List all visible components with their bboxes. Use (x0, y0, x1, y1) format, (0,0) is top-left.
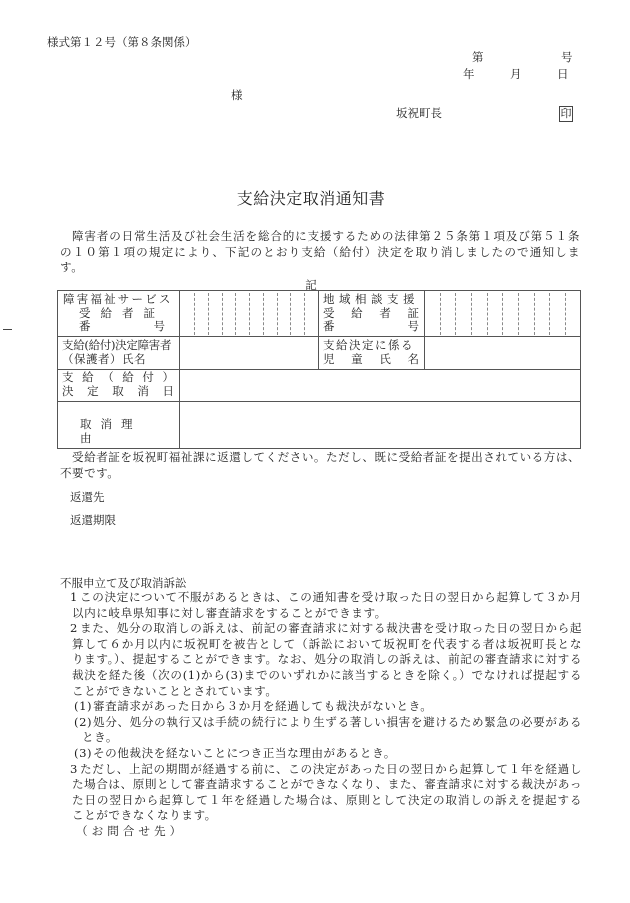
label-text: 号 (154, 320, 166, 334)
appeal-item: 3 ただし、上記の期間が経過する前に、この決定があった日の翌日から起算して１年を… (60, 762, 582, 824)
label-text: 番 (79, 320, 91, 334)
doc-number-suffix: 号 (561, 52, 573, 64)
label-line: 受給者証 (63, 307, 175, 321)
label-line: 支給（給付） (62, 371, 174, 385)
child-name-value[interactable] (426, 338, 578, 368)
issuer-name: 坂祝町長 (396, 108, 442, 120)
community-support-recipient-number-label: 地域相談支援 受給者証 番号 (323, 293, 419, 334)
item-text: 審査請求があった日から３か月を経過しても裁決がないとき。 (93, 699, 432, 713)
item-text: 処分、処分の執行又は手続の続行により生ずる著しい損害を避けるため緊急の必要がある… (82, 715, 582, 745)
service-recipient-number-label: 障害福祉サービス 受給者証 番号 (63, 293, 175, 334)
document-title: 支給決定取消通知書 (0, 186, 622, 209)
label-text: 給 (122, 371, 134, 385)
label-text: 児 (323, 353, 335, 367)
appeal-sub-item: (3) その他裁決を経ないことにつき正当な理由があるとき。 (60, 746, 582, 762)
row-divider (58, 369, 580, 370)
label-text: 日 (163, 385, 175, 399)
label-text: 取 (112, 385, 124, 399)
right-label-divider (424, 291, 425, 369)
seal-stamp: 印 (559, 106, 573, 122)
label-column-divider (179, 291, 180, 448)
date-day: 日 (557, 69, 569, 81)
label-text: 者 (379, 307, 391, 321)
date-month: 月 (510, 69, 522, 81)
item-number: 1 (62, 590, 78, 606)
item-text: その他裁決を経ないことにつき正当な理由があるとき。 (93, 746, 396, 760)
label-line: 児童氏名 (323, 353, 419, 367)
addressee-suffix: 様 (231, 90, 243, 102)
label-line: 受給者証 (323, 307, 419, 321)
page-margin-mark (3, 329, 12, 330)
community-support-recipient-number-value[interactable] (426, 293, 578, 335)
cancellation-reason-label: 取消理由 (80, 418, 160, 445)
label-text: 受 (323, 307, 335, 321)
label-text: 号 (408, 320, 420, 334)
return-to-label: 返還先 (70, 489, 105, 505)
item-number: (1) (63, 699, 92, 715)
label-text: 定 (87, 385, 99, 399)
appeal-sub-item: (2) 処分、処分の執行又は手続の続行により生ずる著しい損害を避けるため緊急の必… (60, 715, 582, 746)
label-text: 障害福祉サービス (63, 293, 173, 307)
child-name-label: 支給決定に係る 児童氏名 (323, 339, 419, 366)
label-text: 支 (62, 371, 74, 385)
label-text: 名 (407, 353, 419, 367)
label-text: 給 (82, 371, 94, 385)
item-text: また、処分の取消しの訴えは、前記の審査請求に対する裁決書を受け取った日の翌日から… (72, 621, 582, 697)
item-number: 3 (62, 762, 78, 778)
item-text: ただし、上記の期間が経過する前に、この決定があった日の翌日から起算して１年を経過… (72, 762, 582, 823)
item-text: この決定について不服があるときは、この通知書を受け取った日の翌日から起算して３か… (72, 590, 582, 620)
return-notice: 受給者証を坂祝町福祉課に返還してください。ただし、既に受給者証を提出されている方… (60, 450, 580, 481)
middle-divider (318, 291, 319, 369)
return-deadline-label: 返還期限 (70, 512, 116, 528)
item-number: 2 (62, 621, 78, 637)
label-line: 決定取消日 (62, 385, 174, 399)
cancellation-date-value[interactable] (181, 371, 579, 400)
service-recipient-number-value[interactable] (181, 293, 317, 335)
doc-number-prefix: 第 (472, 52, 484, 64)
cancellation-reason-value[interactable] (181, 403, 579, 447)
label-text: 番 (323, 320, 335, 334)
label-line: 支給決定に係る (323, 339, 419, 353)
intro-paragraph: 障害者の日常生活及び社会生活を総合的に支援するための法律第２５条第１項及び第５１… (60, 229, 580, 276)
label-text: 付 (142, 371, 154, 385)
label-text: 給 (351, 307, 363, 321)
label-text: ） (162, 371, 174, 385)
appeal-item: 2 また、処分の取消しの訴えは、前記の審査請求に対する裁決書を受け取った日の翌日… (60, 621, 582, 699)
appeal-heading: 不服申立て及び取消訴訟 (60, 575, 187, 591)
label-text: 童 (351, 353, 363, 367)
item-number: (2) (63, 715, 92, 731)
item-number: (3) (63, 746, 92, 762)
appeal-sub-item: (1) 審査請求があった日から３か月を経過しても裁決がないとき。 (60, 699, 582, 715)
row-divider (58, 401, 580, 402)
row-divider (58, 336, 580, 337)
decision-holder-name-value[interactable] (181, 338, 317, 368)
label-line: 番号 (63, 320, 175, 334)
label-text: 氏 (379, 353, 391, 367)
label-line: 支給(給付)決定障害者 (62, 339, 178, 353)
label-line: （保護者）氏名 (62, 353, 178, 367)
label-text: 決 (62, 385, 74, 399)
label-text: 消 (137, 385, 149, 399)
appeal-item: 1 この決定について不服があるときは、この通知書を受け取った日の翌日から起算して… (60, 590, 582, 621)
label-line: 番号 (323, 320, 419, 334)
label-text: （ (102, 371, 114, 385)
date-year: 年 (463, 69, 475, 81)
cancellation-date-label: 支給（給付） 決定取消日 (62, 371, 174, 398)
form-number: 様式第１２号（第８条関係） (47, 37, 197, 49)
label-line: 地域相談支援 (323, 293, 419, 307)
label-line: 障害福祉サービス (63, 293, 175, 307)
details-table: 障害福祉サービス 受給者証 番号 地域相談支援 受給者証 番号 支給(給付)決定… (57, 290, 581, 449)
label-text: 証 (407, 307, 419, 321)
contact-heading: （お問合せ先） (60, 824, 582, 840)
decision-holder-name-label: 支給(給付)決定障害者 （保護者）氏名 (62, 339, 178, 366)
appeal-section: 1 この決定について不服があるときは、この通知書を受け取った日の翌日から起算して… (60, 590, 582, 840)
